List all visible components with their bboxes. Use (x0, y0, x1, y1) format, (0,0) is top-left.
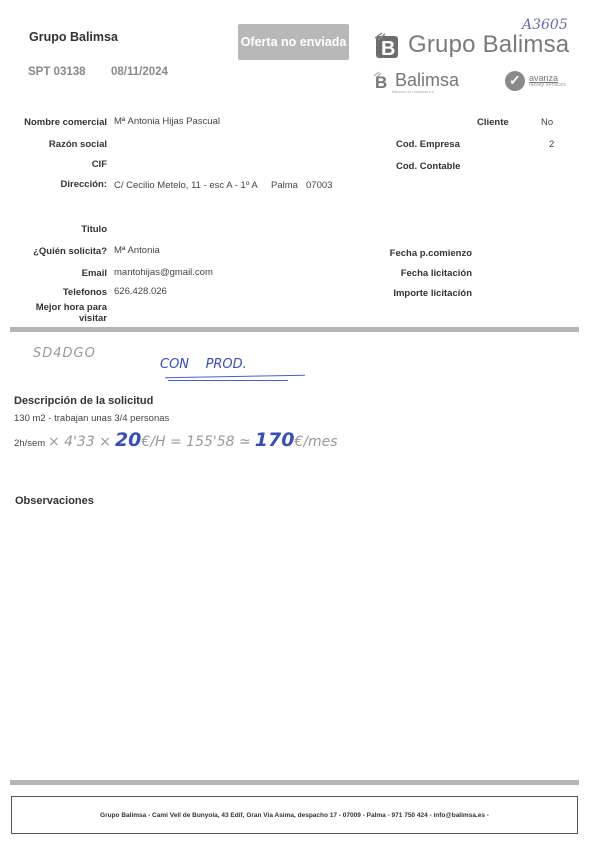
logo-main-text: Grupo Balimsa (408, 31, 569, 59)
handwritten-underline (165, 375, 305, 378)
value-quien-solicita: Mª Antonia (114, 245, 160, 256)
label-telefonos: Telefonos (63, 287, 107, 298)
label-razon-social: Razón social (49, 139, 107, 150)
section-divider (10, 327, 579, 332)
handwritten-calculation: × 4'33 × 20 €/H = 155'58 ≃ 170 €/mes (48, 429, 338, 451)
logo-sub-text: Balimsa (395, 70, 459, 91)
description-line-1: 130 m2 - trabajan unas 3/4 personas (14, 413, 169, 424)
request-id: SPT 03138 (28, 66, 86, 78)
value-postal-code: 07003 (306, 180, 332, 191)
svg-text:B: B (381, 38, 395, 60)
handwritten-note-center: CON PROD. (160, 357, 247, 372)
description-title: Descripción de la solicitud (14, 395, 153, 407)
handwritten-reference: A3605 (522, 17, 568, 33)
label-cif: CIF (92, 159, 107, 170)
label-cod-contable: Cod. Contable (396, 161, 460, 172)
company-name: Grupo Balimsa (29, 30, 118, 44)
value-telefonos: 626.428.026 (114, 286, 167, 297)
calc-suffix: €/mes (294, 434, 337, 450)
logo-sub-tagline: Balsanes de Limpiezas s.a. (392, 90, 435, 94)
description-line-2: 2h/sem (14, 438, 45, 449)
check-circle-icon (505, 71, 525, 91)
label-importe-licitacion: Importe licitación (393, 288, 472, 299)
avanza-logo: avanza facility services (505, 71, 566, 91)
label-fecha-comienzo: Fecha p.comienzo (390, 248, 472, 259)
balimsa-sub-logo: B Balimsa (373, 70, 459, 91)
value-nombre-comercial: Mª Antonia Hijas Pascual (114, 116, 220, 127)
balimsa-small-logo-icon: B (373, 71, 393, 91)
observations-title: Observaciones (15, 495, 94, 507)
avanza-tagline: facility services (529, 83, 566, 89)
calc-result: 170 (255, 429, 295, 451)
handwritten-underline-2 (168, 380, 288, 381)
value-cliente: No (541, 117, 553, 128)
grupo-balimsa-logo: B Grupo Balimsa (372, 30, 569, 60)
label-email: Email (82, 268, 107, 279)
label-fecha-licitacion: Fecha licitación (401, 268, 472, 279)
label-mejor-hora: Mejor hora para visitar (27, 302, 107, 324)
footer-box: Grupo Balimsa - Cami Vell de Bunyola, 43… (11, 796, 578, 834)
handwritten-note-left: SD4DGO (33, 346, 96, 361)
balimsa-logo-icon: B (372, 30, 402, 60)
calc-prefix: × 4'33 × (48, 434, 111, 450)
request-date: 08/11/2024 (111, 66, 168, 78)
value-email: mantohijas@gmail.com (114, 267, 213, 278)
label-nombre-comercial: Nombre comercial (24, 117, 107, 128)
label-quien-solicita: ¿Quién solicita? (33, 246, 107, 257)
footer-text: Grupo Balimsa - Cami Vell de Bunyola, 43… (100, 812, 489, 819)
calc-mid: €/H = 155'58 ≃ (141, 434, 250, 450)
label-titulo: Titulo (81, 224, 107, 235)
footer-divider (10, 780, 579, 785)
label-direccion: Dirección: (61, 179, 107, 190)
calc-bold-rate: 20 (115, 429, 141, 451)
value-city: Palma (271, 180, 298, 191)
label-cliente: Cliente (477, 117, 509, 128)
value-cod-empresa: 2 (549, 139, 554, 150)
status-badge: Oferta no enviada (238, 24, 349, 60)
label-cod-empresa: Cod. Empresa (396, 139, 460, 150)
value-direccion: C/ Cecilio Metelo, 11 - esc A - 1º A (114, 180, 258, 191)
svg-text:B: B (375, 73, 387, 91)
